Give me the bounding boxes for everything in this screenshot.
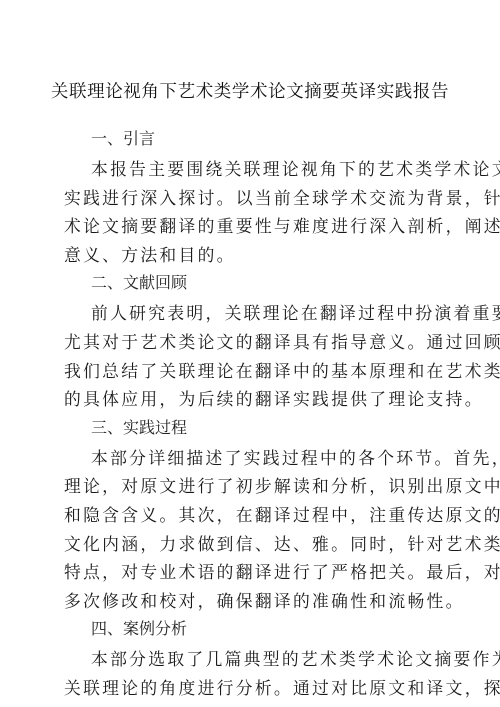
- section-heading-practice-process: 三、实践过程: [64, 416, 450, 440]
- section-heading-case-analysis: 四、案例分析: [64, 617, 450, 641]
- paragraph-line: 特点，对专业术语的翻译进行了严格把关。最后，对译文进行了: [64, 558, 450, 587]
- document-body: 一、引言 本报告主要围绕关联理论视角下的艺术类学术论文摘要英译 实践进行深入探讨…: [64, 127, 450, 705]
- paragraph-line: 多次修改和校对，确保翻译的准确性和流畅性。: [64, 587, 450, 616]
- paragraph-line: 本部分详细描述了实践过程中的各个环节。首先，根据关联: [64, 444, 450, 473]
- paragraph-line: 文化内涵，力求做到信、达、雅。同时，针对艺术类学术论文的: [64, 530, 450, 559]
- document-page: 关联理论视角下艺术类学术论文摘要英译实践报告 一、引言 本报告主要围绕关联理论视…: [0, 0, 500, 707]
- paragraph-line: 前人研究表明，关联理论在翻译过程中扮演着重要的角色，: [64, 299, 450, 328]
- paragraph-line: 实践进行深入探讨。以当前全球学术交流为背景，针对艺术类学: [64, 184, 450, 213]
- section-paragraph-case-analysis: 本部分选取了几篇典型的艺术类学术论文摘要作为案例，从 关联理论的角度进行分析。通…: [64, 645, 450, 702]
- section-heading-introduction: 一、引言: [64, 127, 450, 151]
- section-heading-literature-review: 二、文献回顾: [64, 271, 450, 295]
- paragraph-line: 本部分选取了几篇典型的艺术类学术论文摘要作为案例，从: [64, 645, 450, 674]
- paragraph-line: 的具体应用，为后续的翻译实践提供了理论支持。: [64, 385, 450, 414]
- paragraph-line: 术论文摘要翻译的重要性与难度进行深入剖析，阐述报告研究的: [64, 212, 450, 241]
- paragraph-line: 意义、方法和目的。: [64, 241, 450, 270]
- paragraph-line: 我们总结了关联理论在翻译中的基本原理和在艺术类论文翻译中: [64, 357, 450, 386]
- paragraph-line: 理论，对原文进行了初步解读和分析，识别出原文中的主要信息: [64, 472, 450, 501]
- paragraph-line: 尤其对于艺术类论文的翻译具有指导意义。通过回顾相关文献，: [64, 328, 450, 357]
- paragraph-line: 和隐含含义。其次，在翻译过程中，注重传达原文的语义信息和: [64, 501, 450, 530]
- section-paragraph-introduction: 本报告主要围绕关联理论视角下的艺术类学术论文摘要英译 实践进行深入探讨。以当前全…: [64, 155, 450, 269]
- section-paragraph-practice-process: 本部分详细描述了实践过程中的各个环节。首先，根据关联 理论，对原文进行了初步解读…: [64, 444, 450, 616]
- paragraph-line: 本报告主要围绕关联理论视角下的艺术类学术论文摘要英译: [64, 155, 450, 184]
- section-paragraph-literature-review: 前人研究表明，关联理论在翻译过程中扮演着重要的角色， 尤其对于艺术类论文的翻译具…: [64, 299, 450, 413]
- paragraph-line: 关联理论的角度进行分析。通过对比原文和译文，探讨了翻译过: [64, 674, 450, 703]
- document-title: 关联理论视角下艺术类学术论文摘要英译实践报告: [0, 78, 500, 103]
